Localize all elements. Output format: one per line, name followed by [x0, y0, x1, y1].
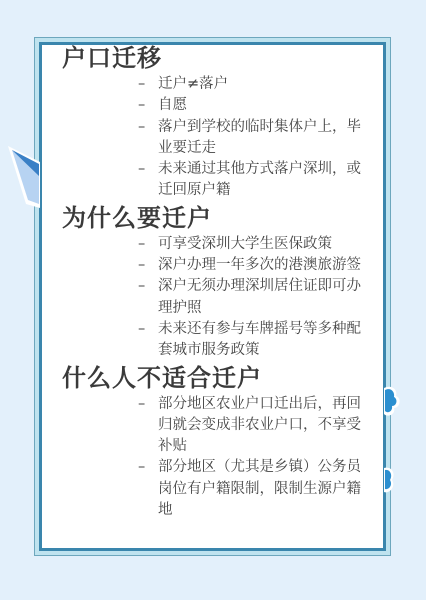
section-title: 户口迁移 [62, 42, 382, 74]
bullet-dash: – [138, 159, 145, 180]
bullet-dash: – [138, 74, 145, 95]
bullet-list: –部分地区农业户口迁出后，再回归就会变成非农业户口，不享受补贴 –部分地区（尤其… [62, 394, 382, 522]
bullet-dash: – [138, 319, 145, 340]
section-why-migrate: 为什么要迁户 –可享受深圳大学生医保政策 –深户办理一年多次的港澳旅游签 –深户… [62, 202, 382, 362]
list-item: –落户到学校的临时集体户上，毕业要迁走 [62, 117, 368, 160]
bullet-list: –可享受深圳大学生医保政策 –深户办理一年多次的港澳旅游签 –深户无须办理深圳居… [62, 234, 382, 362]
section-who-should-not-migrate: 什么人不适合迁户 –部分地区农业户口迁出后，再回归就会变成非农业户口，不享受补贴… [62, 362, 382, 522]
list-item: –部分地区农业户口迁出后，再回归就会变成非农业户口，不享受补贴 [62, 394, 368, 458]
flower-decoration-icon [382, 380, 402, 500]
section-title: 为什么要迁户 [62, 202, 382, 234]
list-item: –部分地区（尤其是乡镇）公务员岗位有户籍限制，限制生源户籍地 [62, 457, 368, 521]
list-item: –可享受深圳大学生医保政策 [62, 234, 368, 255]
document-content: 户口迁移 –迁户≠落户 –自愿 –落户到学校的临时集体户上，毕业要迁走 –未来通… [62, 42, 382, 521]
bullet-list: –迁户≠落户 –自愿 –落户到学校的临时集体户上，毕业要迁走 –未来通过其他方式… [62, 74, 382, 202]
list-item: –迁户≠落户 [62, 74, 368, 95]
list-item: –深户办理一年多次的港澳旅游签 [62, 255, 368, 276]
bullet-dash: – [138, 394, 145, 415]
list-item: –深户无须办理深圳居住证即可办理护照 [62, 276, 368, 319]
section-title: 什么人不适合迁户 [62, 362, 382, 394]
section-hukou-migration: 户口迁移 –迁户≠落户 –自愿 –落户到学校的临时集体户上，毕业要迁走 –未来通… [62, 42, 382, 202]
bullet-dash: – [138, 117, 145, 138]
bullet-dash: – [138, 255, 145, 276]
list-item: –未来通过其他方式落户深圳，或迁回原户籍 [62, 159, 368, 202]
bullet-dash: – [138, 95, 145, 116]
list-item: –未来还有参与车牌摇号等多种配套城市服务政策 [62, 319, 368, 362]
bullet-dash: – [138, 457, 145, 478]
bullet-dash: – [138, 276, 145, 297]
paper-plane-decoration-icon [6, 140, 44, 210]
bullet-dash: – [138, 234, 145, 255]
list-item: –自愿 [62, 95, 368, 116]
